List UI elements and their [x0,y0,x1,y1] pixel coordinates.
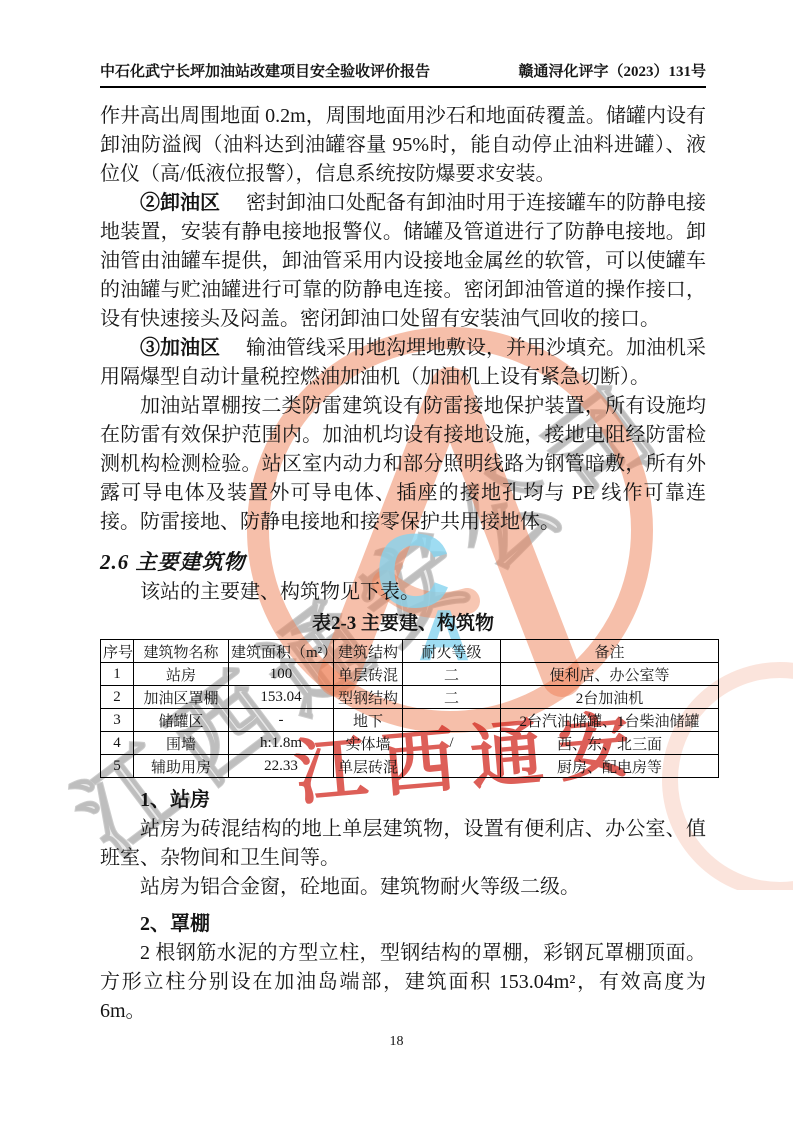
cell-structure: 单层砖混 [334,755,403,778]
col-header-structure: 建筑结构 [334,640,403,663]
cell-building-name: 围墙 [134,732,229,755]
buildings-table: 序号 建筑物名称 建筑面积（m²） 建筑结构 耐火等级 备注 1 站房 100 … [100,639,719,778]
cell-index: 4 [101,732,134,755]
station-house-paragraph-2: 站房为铝合金窗，砼地面。建筑物耐火等级二级。 [100,873,706,902]
table-caption: 表2-3 主要建、构筑物 [100,611,706,637]
paragraph-unloading-area: ②卸油区密封卸油口处配备有卸油时用于连接罐车的防静电接地装置，安装有静电接地报警… [100,189,706,334]
cell-structure: 单层砖混 [334,663,403,686]
cell-area: 153.04 [229,686,334,709]
col-header-remarks: 备注 [501,640,719,663]
col-header-fire-rating: 耐火等级 [403,640,501,663]
cell-remarks: 便利店、办公室等 [501,663,719,686]
paragraph-tank-area: 作井高出周围地面 0.2m，周围地面用沙石和地面砖覆盖。储罐内设有卸油防溢阀（油… [100,102,706,189]
cell-building-name: 加油区罩棚 [134,686,229,709]
cell-structure: 型钢结构 [334,686,403,709]
cell-remarks: 西、东、北三面 [501,732,719,755]
unloading-area-label: ②卸油区 [140,192,220,214]
cell-remarks: 2台汽油储罐、1台柴油储罐 [501,709,719,732]
cell-building-name: 辅助用房 [134,755,229,778]
table-row: 3 储罐区 - 地下 2台汽油储罐、1台柴油储罐 [101,709,719,732]
table-row: 4 围墙 h:1.8m 实体墙 / 西、东、北三面 [101,732,719,755]
section-intro: 该站的主要建、构筑物见下表。 [100,578,706,607]
report-page: 江西通安公司 C A 江西通安 中石化武宁长坪加油站改建项目安全验收评价报告 赣… [0,0,793,1122]
cell-area: - [229,709,334,732]
cell-index: 3 [101,709,134,732]
cell-fire-rating [403,755,501,778]
cell-fire-rating: / [403,732,501,755]
cell-area: 100 [229,663,334,686]
page-number: 18 [0,1034,793,1050]
table-row: 5 辅助用房 22.33 单层砖混 厨房、配电房等 [101,755,719,778]
header-report-title: 中石化武宁长坪加油站改建项目安全验收评价报告 [100,60,430,81]
cell-area: h:1.8m [229,732,334,755]
cell-building-name: 站房 [134,663,229,686]
cell-index: 2 [101,686,134,709]
cell-structure: 实体墙 [334,732,403,755]
section-title-2-6: 2.6 主要建筑物 [100,549,706,576]
table-header-row: 序号 建筑物名称 建筑面积（m²） 建筑结构 耐火等级 备注 [101,640,719,663]
paragraph-refueling-area: ③加油区输油管线采用地沟埋地敷设，并用沙填充。加油机采用隔爆型自动计量税控燃油加… [100,334,706,392]
col-header-building-name: 建筑物名称 [134,640,229,663]
cell-remarks: 厨房、配电房等 [501,755,719,778]
table-row: 2 加油区罩棚 153.04 型钢结构 二 2台加油机 [101,686,719,709]
station-house-paragraph-1: 站房为砖混结构的地上单层建筑物，设置有便利店、办公室、值班室、杂物间和卫生间等。 [100,815,706,873]
cell-index: 5 [101,755,134,778]
cell-fire-rating: 二 [403,686,501,709]
canopy-paragraph: 2 根钢筋水泥的方型立柱，型钢结构的罩棚，彩钢瓦罩棚顶面。方形立柱分别设在加油岛… [100,939,706,1026]
col-header-index: 序号 [101,640,134,663]
cell-area: 22.33 [229,755,334,778]
subsection-title-canopy: 2、罩棚 [100,910,706,939]
cell-remarks: 2台加油机 [501,686,719,709]
cell-fire-rating: 二 [403,663,501,686]
paragraph-lightning-protection: 加油站罩棚按二类防雷建筑设有防雷接地保护装置，所有设施均在防雷有效保护范围内。加… [100,392,706,537]
cell-building-name: 储罐区 [134,709,229,732]
page-header: 中石化武宁长坪加油站改建项目安全验收评价报告 赣通浔化评字（2023）131号 [100,60,706,88]
col-header-area: 建筑面积（m²） [229,640,334,663]
cell-fire-rating [403,709,501,732]
header-doc-number: 赣通浔化评字（2023）131号 [518,60,706,81]
subsection-title-station-house: 1、站房 [100,786,706,815]
refueling-area-label: ③加油区 [140,337,220,359]
page-content: 中石化武宁长坪加油站改建项目安全验收评价报告 赣通浔化评字（2023）131号 … [100,60,706,1026]
cell-structure: 地下 [334,709,403,732]
cell-index: 1 [101,663,134,686]
table-row: 1 站房 100 单层砖混 二 便利店、办公室等 [101,663,719,686]
body-text: 作井高出周围地面 0.2m，周围地面用沙石和地面砖覆盖。储罐内设有卸油防溢阀（油… [100,102,706,537]
